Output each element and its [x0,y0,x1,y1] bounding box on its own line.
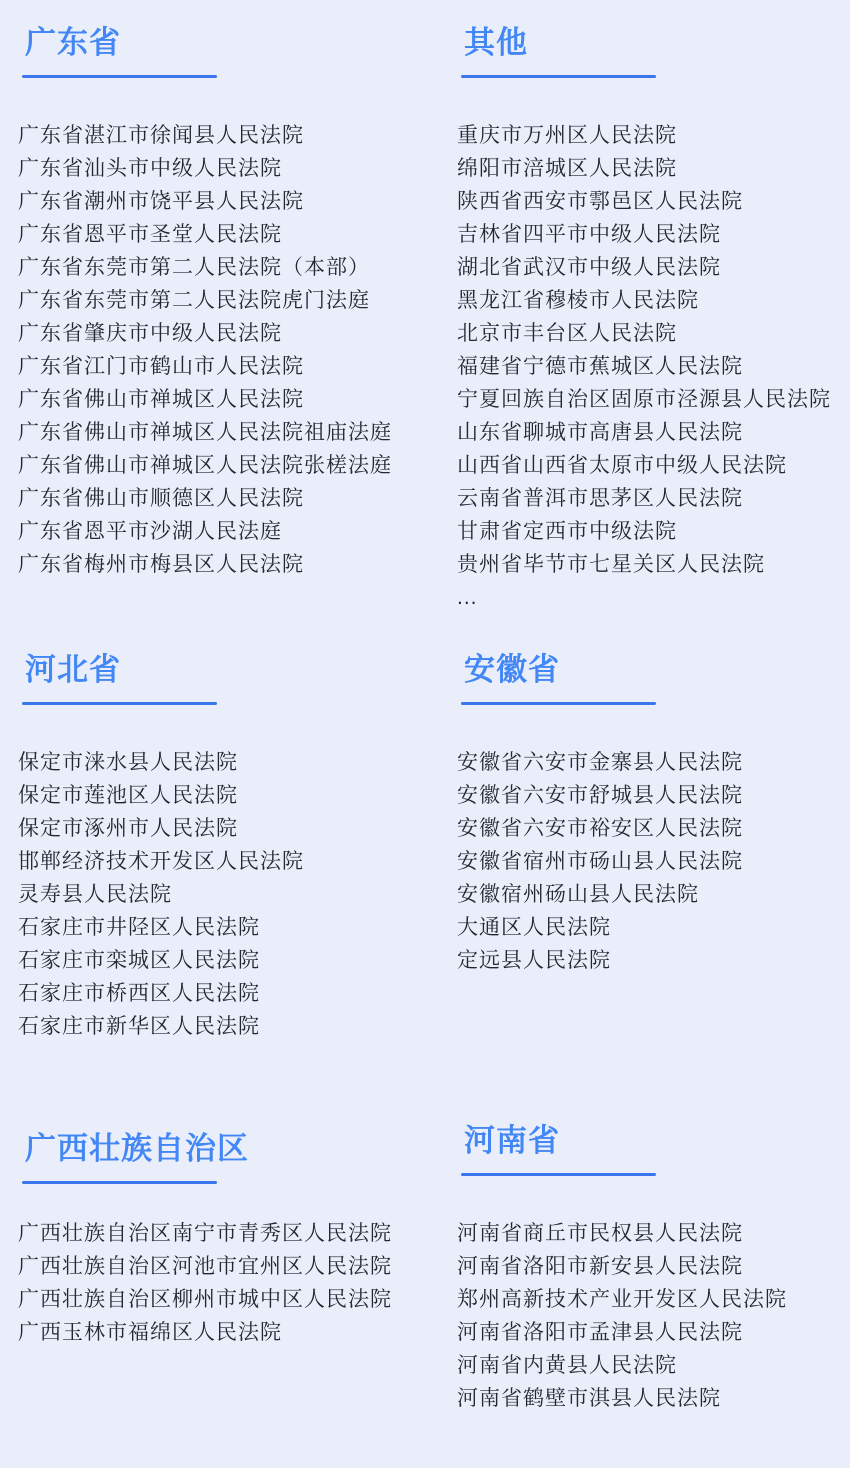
court-item: 安徽省宿州市砀山县人民法院 [457,845,850,878]
court-item: 邯郸经济技术开发区人民法院 [18,845,434,878]
court-list-guangdong: 广东省湛江市徐闻县人民法院广东省汕头市中级人民法院广东省潮州市饶平县人民法院广东… [18,119,434,581]
court-item: 绵阳市涪城区人民法院 [457,152,850,185]
court-item: 广西壮族自治区柳州市城中区人民法院 [18,1283,434,1316]
court-item: 大通区人民法院 [457,911,850,944]
section-title-other: 其他 [457,28,850,58]
court-item: 广东省肇庆市中级人民法院 [18,317,434,350]
section-title-henan: 河南省 [457,1126,850,1156]
court-item: 重庆市万州区人民法院 [457,119,850,152]
court-item: 广东省湛江市徐闻县人民法院 [18,119,434,152]
court-item: 山东省聊城市高唐县人民法院 [457,416,850,449]
court-item: 广西壮族自治区南宁市青秀区人民法院 [18,1217,434,1250]
section-divider [461,75,656,78]
section-divider [22,75,217,78]
court-item: 灵寿县人民法院 [18,878,434,911]
court-item: 河南省商丘市民权县人民法院 [457,1217,850,1250]
court-item: 安徽宿州砀山县人民法院 [457,878,850,911]
section-hebei: 河北省 保定市涞水县人民法院保定市莲池区人民法院保定市涿州市人民法院邯郸经济技术… [18,655,434,1043]
court-item: 广东省恩平市沙湖人民法庭 [18,515,434,548]
section-other: 其他 重庆市万州区人民法院绵阳市涪城区人民法院陕西省西安市鄠邑区人民法院吉林省四… [434,28,850,614]
section-title-guangxi: 广西壮族自治区 [18,1134,434,1164]
court-item: 安徽省六安市裕安区人民法院 [457,812,850,845]
court-item: 定远县人民法院 [457,944,850,977]
court-item: 吉林省四平市中级人民法院 [457,218,850,251]
section-header-group: 河北省 [18,655,434,705]
court-item: 保定市涞水县人民法院 [18,746,434,779]
court-directory-page: 广东省 广东省湛江市徐闻县人民法院广东省汕头市中级人民法院广东省潮州市饶平县人民… [0,0,850,1463]
court-item: 黑龙江省穆棱市人民法院 [457,284,850,317]
court-item: 广东省佛山市禅城区人民法院 [18,383,434,416]
section-guangxi: 广西壮族自治区 广西壮族自治区南宁市青秀区人民法院广西壮族自治区河池市宜州区人民… [18,1126,434,1349]
court-item: 北京市丰台区人民法院 [457,317,850,350]
court-item: 广东省佛山市禅城区人民法院张槎法庭 [18,449,434,482]
section-header-group: 河南省 [457,1126,850,1176]
court-item: 广东省潮州市饶平县人民法院 [18,185,434,218]
section-title-anhui: 安徽省 [457,655,850,685]
section-header-group: 安徽省 [457,655,850,705]
court-item: 广东省梅州市梅县区人民法院 [18,548,434,581]
court-item: 宁夏回族自治区固原市泾源县人民法院 [457,383,850,416]
court-item: 安徽省六安市舒城县人民法院 [457,779,850,812]
section-divider [461,1173,656,1176]
court-item: 甘肃省定西市中级法院 [457,515,850,548]
court-item: 安徽省六安市金寨县人民法院 [457,746,850,779]
court-item: 石家庄市井陉区人民法院 [18,911,434,944]
court-item: 石家庄市桥西区人民法院 [18,977,434,1010]
court-item: 广东省恩平市圣堂人民法院 [18,218,434,251]
court-item: 石家庄市新华区人民法院 [18,1010,434,1043]
section-header-group: 其他 [457,28,850,78]
section-header-group: 广东省 [18,28,434,78]
court-item: 陕西省西安市鄠邑区人民法院 [457,185,850,218]
court-item: 广东省东莞市第二人民法院虎门法庭 [18,284,434,317]
court-item: 河南省洛阳市新安县人民法院 [457,1250,850,1283]
court-item: 石家庄市栾城区人民法院 [18,944,434,977]
section-guangdong: 广东省 广东省湛江市徐闻县人民法院广东省汕头市中级人民法院广东省潮州市饶平县人民… [18,28,434,581]
court-item: 贵州省毕节市七星关区人民法院 [457,548,850,581]
court-item: 广东省东莞市第二人民法院（本部） [18,251,434,284]
court-item: 河南省鹤壁市淇县人民法院 [457,1382,850,1415]
section-header-group: 广西壮族自治区 [18,1134,434,1184]
court-item: 湖北省武汉市中级人民法院 [457,251,850,284]
section-anhui: 安徽省 安徽省六安市金寨县人民法院安徽省六安市舒城县人民法院安徽省六安市裕安区人… [434,655,850,977]
court-item: 河南省内黄县人民法院 [457,1349,850,1382]
section-divider [22,702,217,705]
court-item: 郑州高新技术产业开发区人民法院 [457,1283,850,1316]
section-title-hebei: 河北省 [18,655,434,685]
court-list-henan: 河南省商丘市民权县人民法院河南省洛阳市新安县人民法院郑州高新技术产业开发区人民法… [457,1217,850,1415]
court-item: 广东省佛山市顺德区人民法院 [18,482,434,515]
court-list-other: 重庆市万州区人民法院绵阳市涪城区人民法院陕西省西安市鄠邑区人民法院吉林省四平市中… [457,119,850,614]
court-list-hebei: 保定市涞水县人民法院保定市莲池区人民法院保定市涿州市人民法院邯郸经济技术开发区人… [18,746,434,1043]
court-item: 河南省洛阳市孟津县人民法院 [457,1316,850,1349]
court-item: 广东省汕头市中级人民法院 [18,152,434,185]
court-item: ... [457,581,850,614]
court-item: 云南省普洱市思茅区人民法院 [457,482,850,515]
court-item: 广西壮族自治区河池市宜州区人民法院 [18,1250,434,1283]
court-item: 保定市莲池区人民法院 [18,779,434,812]
section-divider [461,702,656,705]
section-title-guangdong: 广东省 [18,28,434,58]
court-item: 山西省山西省太原市中级人民法院 [457,449,850,482]
court-item: 广东省江门市鹤山市人民法院 [18,350,434,383]
court-item: 广西玉林市福绵区人民法院 [18,1316,434,1349]
court-item: 福建省宁德市蕉城区人民法院 [457,350,850,383]
section-divider [22,1181,217,1184]
section-henan: 河南省 河南省商丘市民权县人民法院河南省洛阳市新安县人民法院郑州高新技术产业开发… [434,1126,850,1415]
court-list-anhui: 安徽省六安市金寨县人民法院安徽省六安市舒城县人民法院安徽省六安市裕安区人民法院安… [457,746,850,977]
court-list-guangxi: 广西壮族自治区南宁市青秀区人民法院广西壮族自治区河池市宜州区人民法院广西壮族自治… [18,1217,434,1349]
court-item: 保定市涿州市人民法院 [18,812,434,845]
court-item: 广东省佛山市禅城区人民法院祖庙法庭 [18,416,434,449]
